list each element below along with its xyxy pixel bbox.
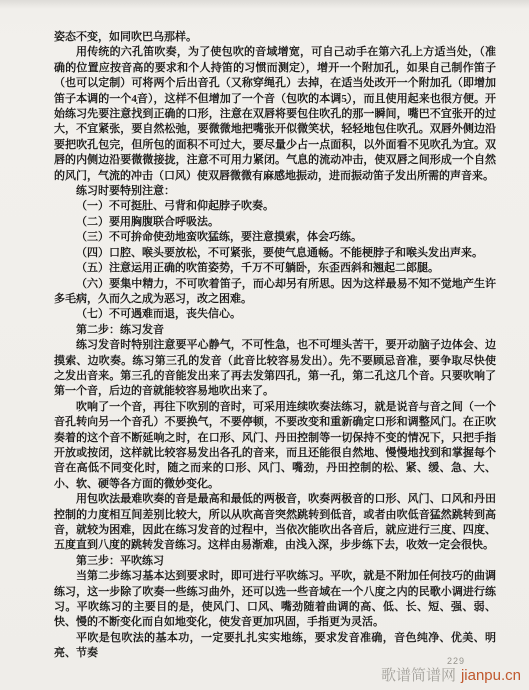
page-body: 姿态不变，如同吹巴乌那样。用传统的六孔笛吹奏，为了使包吹的音域增宽，可自己动手在… (54, 30, 496, 662)
step-heading: 第三步：平吹练习 (54, 554, 496, 569)
section-heading: 练习时要特别注意： (54, 184, 496, 199)
paragraph-continued: 姿态不变，如同吹巴乌那样。 (54, 30, 496, 45)
notice-item: （二）要用胸腹联合呼吸法。 (54, 215, 496, 230)
step-heading: 第二步：练习发音 (54, 323, 496, 338)
notice-item: （四）口腔、喉头要放松，不可紧张，要使气息通畅。不能梗脖子和喉头发出声来。 (54, 246, 496, 261)
notice-item: （三）不可拚命使劲地蛮吹猛练，要注意摸索，体会巧练。 (54, 230, 496, 245)
paragraph: 用包吹法最难吹奏的音是最高和最低的两极音，吹奏两极音的口形、风门、口风和丹田控制… (54, 492, 496, 554)
watermark-site-url: jianpu.cn (461, 667, 521, 684)
paragraph: 吹响了一个音，再往下吹别的音时，可采用连续吹奏法练习，就是说音与音之间（一个音孔… (54, 400, 496, 492)
paragraph: 当第二步练习基本达到要求时，即可进行平吹练习。平吹，就是不附加任何技巧的曲调练习… (54, 569, 496, 631)
paragraph: 练习发音时特别注意要平心静气，不可性急，也不可埋头苦干，要开动脑子边体会、边摸索… (54, 338, 496, 400)
page-number: 229 (381, 656, 521, 666)
notice-item: （一）不可挺肚、弓背和仰起脖子吹奏。 (54, 199, 496, 214)
watermark: 歌谱简谱网jianpu.cn (381, 666, 521, 686)
notice-item: （七）不可遇难而退，丧失信心。 (54, 307, 496, 322)
notice-item: （五）注意运用正确的吹笛姿势，千万不可躺卧，东歪西斜和翘起二郎腿。 (54, 261, 496, 276)
watermark-site-name: 歌谱简谱网 (381, 668, 456, 684)
paragraph: 用传统的六孔笛吹奏，为了使包吹的音域增宽，可自己动手在第六孔上方适当处，（准确的… (54, 45, 496, 184)
notice-item: （六）要集中精力，不可吹着笛子，而心却另有所思。因为这样最易不知不觉地产生许多毛… (54, 277, 496, 308)
page-footer: 229 歌谱简谱网jianpu.cn (381, 656, 521, 686)
